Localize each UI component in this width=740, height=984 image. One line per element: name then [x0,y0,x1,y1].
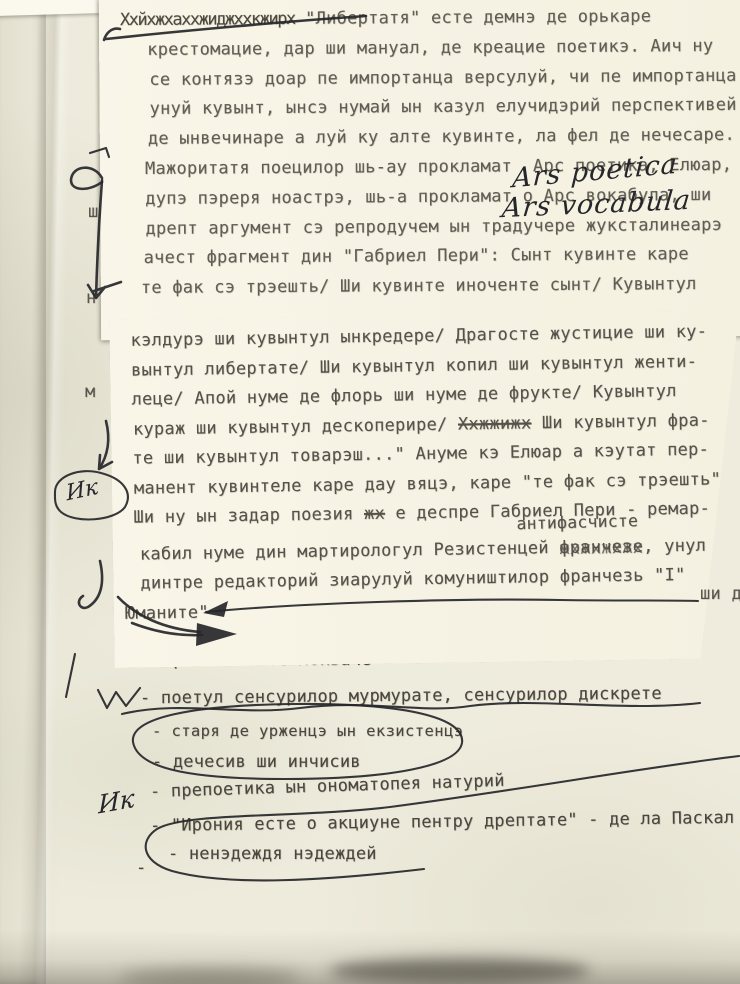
typed-line: ачест фрагмент дин "Габриел Пери": Сынт … [144,240,740,274]
typed-text: Ши кувынтул фра- [531,410,710,433]
typed-text: "Либертатя" есте демнэ де орькаре [295,6,652,28]
typed-text: Мажоритатя поецилор шь-ау прокламат [145,156,533,179]
typed-text: кабил нуме дин мартирологул Резистенцей [140,537,560,564]
typed-line: Ххйхжхаххжиджххкжирх "Либертатя" есте де… [120,2,740,36]
typed-overstrike: Ххйхжхаххжиджххкжирх [120,9,295,30]
bottom-dark-crease [330,958,590,984]
typed-line: те фак сэ трэешть/ Ши кувинте иноченте с… [141,270,740,304]
typed-text: кураж ши кувынтул дескоперире/ [133,414,458,439]
typed-overstrike: Ххжжижх [458,413,532,434]
typed-excerpt-lower-piece: кэлдурэ ши кувынтул ынкредере/ Драгосте … [109,310,740,668]
typed-line: де ынвечинаре а луй ку алте кувинте, ла … [148,121,740,155]
typed-line: крестомацие, дар ши мануал, де креацие п… [147,32,740,66]
typed-insert-above-line: антифасчисте [516,511,638,533]
list-item-dash: - [136,858,146,878]
scanned-typescript-page: ш н м ши д - прозаичитате локваче - поет… [0,0,740,984]
typed-text: , унул [643,535,706,556]
edge-letter-fragment: ш [88,202,99,222]
bottom-dark-crease [120,968,300,984]
list-item-circled: - старя де урженцэ ын екзистенцэ [152,722,463,740]
typed-text: дупэ пэреря ноастрэ, шь-а прокламат о [145,186,544,209]
typed-line: се контязэ доар пе импортанца версулуй, … [149,61,740,95]
edge-letter-fragment: н [86,288,97,308]
typed-overstrike: жх [364,504,385,524]
typed-line: унуй кувынт, ынсэ нумай ын казул елучидэ… [149,91,740,125]
list-item: - дечесив ши инчисив [152,752,361,772]
typed-word-struck-x: франчезежхжхжхжх [559,532,643,563]
typed-x-overlay: жхжхжхжх [559,533,643,564]
typed-text: Ши ну ын задар поезия [133,504,364,528]
edge-word-fragment: ши д [700,584,740,604]
edge-letter-fragment: м [85,382,96,402]
list-item: - ненэдеждя нэдеждей [168,844,377,864]
